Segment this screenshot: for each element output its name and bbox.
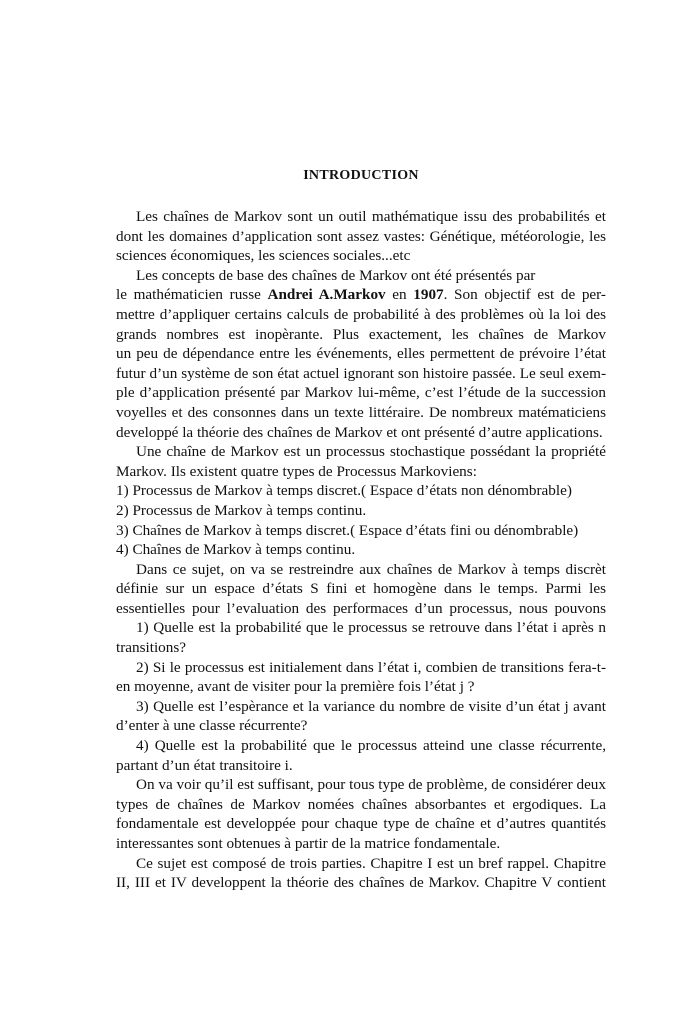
text-line: Une chaîne de Markov est un processus st… <box>116 442 606 462</box>
text-line: le mathématicien russe Andrei A.Markov e… <box>116 285 606 305</box>
text-line: Markov. Ils existent quatre types de Pro… <box>116 462 606 482</box>
text-line: un peu de dépendance entre les événement… <box>116 344 606 364</box>
text-line: essentielles pour l’evaluation des perfo… <box>116 599 606 619</box>
bold-name: Andrei A.Markov <box>267 286 385 303</box>
text-fragment: . Son objectif est de per- <box>444 286 606 303</box>
text-line: définie sur un espace d’états S fini et … <box>116 579 606 599</box>
text-line: 2) Processus de Markov à temps continu. <box>116 501 606 521</box>
section-title: INTRODUCTION <box>116 168 606 184</box>
text-line: ple d’application présenté par Markov lu… <box>116 383 606 403</box>
text-line: fondamentale est developpée pour chaque … <box>116 814 606 834</box>
text-line: On va voir qu’il est suffisant, pour tou… <box>116 775 606 795</box>
text-line: types de chaînes de Markov nomées chaîne… <box>116 795 606 815</box>
text-line: 1) Processus de Markov à temps discret.(… <box>116 481 606 501</box>
text-line: en moyenne, avant de visiter pour la pre… <box>116 677 606 697</box>
text-line: Les chaînes de Markov sont un outil math… <box>116 207 606 227</box>
text-line: 2) Si le processus est initialement dans… <box>116 658 606 678</box>
text-line: 1) Quelle est la probabilité que le proc… <box>116 618 606 638</box>
text-line: sciences économiques, les sciences socia… <box>116 246 606 266</box>
text-line: dont les domaines d’application sont ass… <box>116 227 606 247</box>
body-text: Les chaînes de Markov sont un outil math… <box>116 207 606 893</box>
text-line: interessantes sont obtenues à partir de … <box>116 834 606 854</box>
text-line: Dans ce sujet, on va se restreindre aux … <box>116 560 606 580</box>
text-line: transitions? <box>116 638 606 658</box>
text-line: 4) Chaînes de Markov à temps continu. <box>116 540 606 560</box>
text-line: II, III et IV developpent la théorie des… <box>116 873 606 893</box>
text-line: d’enter à une classe récurrente? <box>116 716 606 736</box>
text-fragment: le mathématicien russe <box>116 286 267 303</box>
text-line: grands nombres est inopèrante. Plus exac… <box>116 325 606 345</box>
text-line: futur d’un système de son état actuel ig… <box>116 364 606 384</box>
text-line: mettre d’appliquer certains calculs de p… <box>116 305 606 325</box>
text-line: 3) Quelle est l’espèrance et la variance… <box>116 697 606 717</box>
text-line: 3) Chaînes de Markov à temps discret.( E… <box>116 521 606 541</box>
text-line: voyelles et des consonnes dans un texte … <box>116 403 606 423</box>
text-fragment: en <box>386 286 414 303</box>
text-line: 4) Quelle est la probabilité que le proc… <box>116 736 606 756</box>
text-line: Ce sujet est composé de trois parties. C… <box>116 854 606 874</box>
text-line: Les concepts de base des chaînes de Mark… <box>116 266 606 286</box>
text-line: partant d’un état transitoire i. <box>116 756 606 776</box>
text-line: developpé la théorie des chaînes de Mark… <box>116 423 606 443</box>
bold-year: 1907 <box>413 286 443 303</box>
